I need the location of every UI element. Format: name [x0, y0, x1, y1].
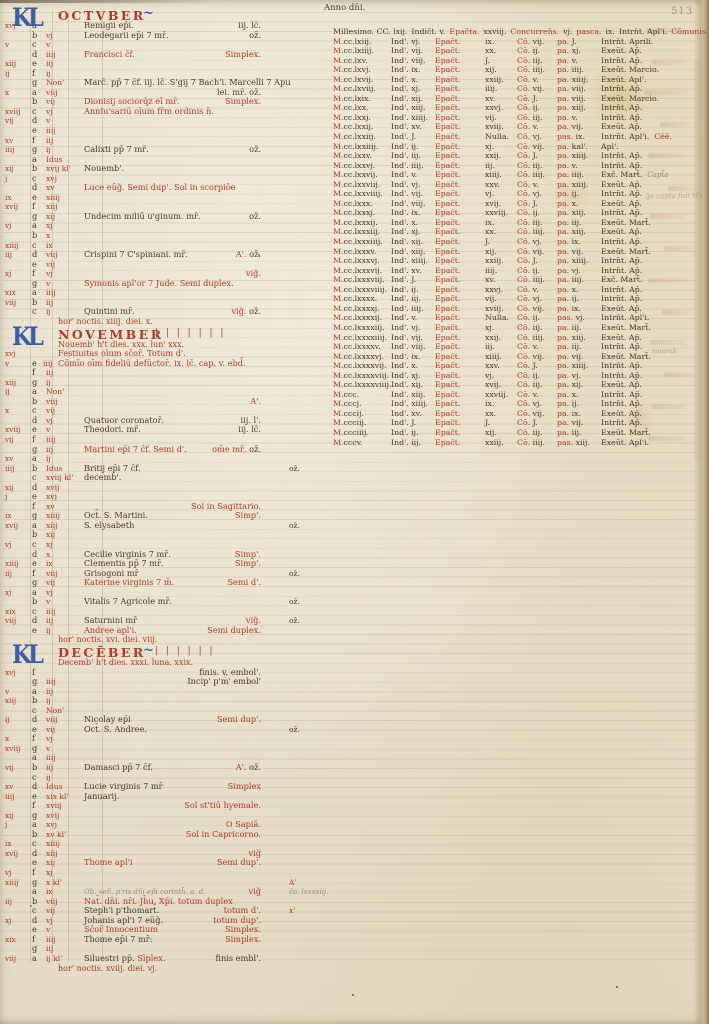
feast-text: Crispini 7 C'spiniani. mr̄.: [84, 249, 188, 259]
easter-month-cell: Intrn̄t. Ap̄.: [601, 151, 642, 161]
anno-row: M.cc.lxviij.Ind'. xj.Epac̄t.iiij.Cō. vij…: [333, 84, 699, 94]
easter-text: pa.: [557, 218, 569, 227]
easter-cell: pa. ij.: [557, 294, 601, 304]
year-cell: M.cc.lxxxiij.: [333, 227, 391, 237]
feast-entry: Cōmīo oīm fideliū defūctor̄. ix. lc̄. ca…: [58, 359, 246, 369]
year-text: cc.lxxxvij.: [343, 266, 382, 275]
indiction-cell: Ind'. x.: [391, 218, 435, 228]
year-text: cc.lxxxxj.: [343, 304, 379, 313]
margin-mark: [263, 839, 333, 849]
golden-number: x: [2, 734, 32, 744]
margin-mark: [263, 50, 333, 60]
concurrent-cell: Cō. iij.: [517, 113, 557, 123]
golden-number: [2, 550, 32, 560]
anno-row: M.cc.lxv.Ind'. viij.Epac̄t.J.Cō. iij.pa.…: [333, 56, 699, 66]
grade-text: oz̄.: [247, 762, 261, 772]
golden-number: [2, 530, 32, 540]
day-numeral: ij: [46, 454, 84, 464]
feast-entry: Thome apl'i: [84, 858, 133, 868]
liturgical-grade: A'.: [250, 397, 263, 407]
year-cell: M.cc.lxxxxj.: [333, 304, 391, 314]
epact-value: xxvj.: [475, 103, 517, 113]
easter-cell: pa. iij.: [557, 428, 601, 438]
day-numeral: vij: [46, 578, 84, 588]
concurrent-text: vij.: [530, 142, 544, 151]
easter-month-cell: Intrn̄t. Ap̄.: [601, 266, 642, 276]
concurrent-text: Cō.: [517, 84, 530, 93]
easter-text: pa.: [557, 247, 569, 256]
easter-text: kal'.: [569, 142, 588, 151]
easter-cell: pa. viij.: [557, 84, 601, 94]
easter-text: v.: [569, 113, 577, 122]
golden-number: [2, 801, 32, 811]
day-numeral: vj: [46, 31, 84, 41]
concurrent-text: iij.: [530, 113, 542, 122]
margin-mark-text: oz̄.: [289, 725, 300, 734]
indiction-text: Ind'. ix.: [391, 352, 421, 361]
calendar-day-row: xiijbij: [2, 696, 333, 706]
day-numeral: iij: [46, 298, 84, 308]
grade-text: oz̄.: [249, 144, 261, 154]
margin-mark: [263, 792, 333, 802]
margin-mark: oz̄.: [263, 597, 333, 607]
indiction-cell: Ind'. ix.: [391, 352, 435, 362]
anno-row: M.cc.lxxxx.Ind'. iij.Epac̄t.vij.Cō. vj.p…: [333, 294, 699, 304]
year-text: cc.lxxxxvij.: [343, 361, 386, 370]
year-cell: M.cc.lxxxxv.: [333, 342, 391, 352]
easter-text: pa.: [557, 46, 569, 55]
liturgical-grade: Sol in Capricorno.: [186, 830, 263, 840]
feast-text: Cōmīo oīm fideliū defūctor̄. ix. lc̄. ca…: [58, 358, 246, 368]
margin-mark: [263, 40, 333, 50]
year-text: M.: [333, 94, 343, 103]
year-cell: M.cc.lxxv.: [333, 151, 391, 161]
margin-mark: [263, 241, 333, 251]
margin-mark: [263, 830, 333, 840]
year-cell: M.cc.lxxiiij.: [333, 142, 391, 152]
margin-mark: [263, 212, 333, 222]
day-numeral: xiij: [46, 202, 84, 212]
margin-mark: oz̄.: [263, 521, 333, 531]
month-name: OCTVBER: [58, 8, 146, 23]
day-numeral: vij: [46, 260, 84, 270]
anno-row: M.cc.lxxxij.Ind'. x.Epac̄t.ix.Cō. iij.pa…: [333, 218, 699, 228]
epact-label: Epac̄t.: [435, 428, 475, 438]
liturgical-grade: oz̄.: [249, 31, 263, 41]
concurrent-cell: Cō. ij.: [517, 103, 557, 113]
year-cell: M.cc.lxxxvj.: [333, 256, 391, 266]
calendar-day-row: xiiijgx kl'A': [2, 878, 333, 888]
indiction-cell: Ind'. ij.: [391, 285, 435, 295]
day-numeral: v: [46, 425, 84, 435]
easter-text: xiij.: [573, 438, 590, 447]
day-numeral: ij: [46, 696, 84, 706]
feast-text: Calixti pp̄ 7 mr̄.: [84, 144, 149, 154]
year-text: cc.lxxxxviij.: [343, 371, 389, 380]
easter-cell: pa. iij.: [557, 323, 601, 333]
calendar-day-row: bxv kl'Sol in Capricorno.: [2, 830, 333, 840]
easter-month-cell: Intrn̄t. Ap̄.: [601, 113, 642, 123]
feast-entry: Damasci pp̄ 7 c̄f.: [84, 763, 153, 773]
golden-number: xiiij: [2, 241, 32, 251]
day-numeral: xj: [46, 868, 84, 878]
day-numeral: ij: [46, 69, 84, 79]
day-numeral: xj: [46, 221, 84, 231]
anno-row: M.cc.lxxvij.Ind'. v.Epac̄t.xiiij.Cō. iii…: [333, 170, 699, 180]
easter-month-cell: Exeūt. Ap̄.: [601, 199, 642, 209]
easter-text: pa.: [557, 361, 569, 370]
margin-mark: [263, 626, 333, 636]
concurrent-text: Cō.: [517, 371, 530, 380]
easter-month-cell: Intrn̄t. Ap̄.: [601, 390, 642, 400]
calendar-day-row: bx: [2, 231, 333, 241]
calendar-day-row: dxCecilie virginis 7 mr̄.Simp'.: [2, 550, 333, 560]
year-text: M.: [333, 371, 343, 380]
golden-number: ij: [2, 715, 32, 725]
feast-entry: decemb'.: [84, 473, 121, 483]
calendar-day-row: aIdus: [2, 155, 333, 165]
liturgical-grade: finis embl'.: [216, 954, 263, 964]
easter-cell: pa. xiij.: [557, 103, 601, 113]
calendar-day-row: fiij: [2, 368, 333, 378]
easter-month-cell: Exeūt. Ap̄.: [601, 180, 642, 190]
calendar-day-row: eiiij: [2, 126, 333, 136]
feast-text: Oct̄. S. Andree.: [84, 724, 147, 734]
year-cell: M.cc.lxxxxvij.: [333, 361, 391, 371]
calendar-day-row: bvVitalis 7 Agricole mr̄.oz̄.: [2, 597, 333, 607]
golden-number: xviij: [2, 744, 32, 754]
year-text: M.: [333, 285, 343, 294]
year-cell: M.cc.lxxxxviiij.: [333, 380, 391, 390]
margin-mark: [263, 368, 333, 378]
concurrent-text: Cō.: [517, 161, 530, 170]
margin-mark: [263, 782, 333, 792]
anno-first-row-text: Cōmunis.: [671, 27, 708, 36]
concurrent-text: iiij.: [530, 275, 545, 284]
grade-text: finis. v. embol'.: [199, 667, 261, 677]
day-numeral: iij: [46, 616, 84, 626]
concurrent-cell: Cō. iij.: [517, 380, 557, 390]
year-text: cc.lxxj.: [343, 113, 370, 122]
concurrent-cell: Cō. ij.: [517, 208, 557, 218]
golden-number: [2, 260, 32, 270]
year-text: M.: [333, 247, 343, 256]
concurrent-cell: Cō. vj.: [517, 399, 557, 409]
year-text: cc.lxix.: [343, 94, 370, 103]
easter-text: xiij.: [569, 227, 586, 236]
parchment-page: 513 Anno dn̄i. Millesimo. CC. lxij.Indic…: [0, 0, 709, 1024]
anno-row: M.cc.lxix.Ind'. xij.Epac̄t.xv.Cō. J.pa. …: [333, 94, 699, 104]
concurrent-cell: Cō. ij.: [517, 266, 557, 276]
anno-row: M.cc.lxxxxviiij.Ind'. xij.Epac̄t.xvij.Cō…: [333, 380, 699, 390]
calendar-day-row: xvdIdusLucie virginis 7 mr̄Simplex: [2, 782, 333, 792]
easter-cell: pa. vij.: [557, 352, 601, 362]
easter-text: pa.: [557, 170, 569, 179]
epact-label: Epac̄t.: [435, 371, 475, 381]
indiction-text: Ind'. ix.: [391, 208, 421, 217]
grade-text: oz̄.: [247, 306, 261, 316]
indiction-cell: Ind'. xij.: [391, 94, 435, 104]
easter-cell: pas. xiij.: [557, 438, 601, 448]
concurrent-cell: Cō. J.: [517, 94, 557, 104]
margin-mark: [263, 145, 333, 155]
easter-cell: pa. iiij.: [557, 275, 601, 285]
year-cell: M.cc.lxvj.: [333, 65, 391, 75]
margin-mark: [263, 193, 333, 203]
easter-text: iij.: [569, 323, 581, 332]
easter-cell: pa. iiij.: [557, 170, 601, 180]
epact-value: xvij.: [475, 380, 517, 390]
feast-text: Thome apl'i: [84, 857, 133, 867]
day-numeral: xvij kl': [46, 164, 84, 174]
day-numeral: ix: [46, 241, 84, 251]
margin-mark: [263, 868, 333, 878]
feast-entry: Undecim miliū u'ginum. mr̄.: [84, 212, 201, 222]
epact-value: ix.: [475, 37, 517, 47]
indiction-text: Ind'. iiij.: [391, 161, 424, 170]
day-numeral: xv kl': [46, 830, 84, 840]
anno-row: M.cc.lxiij.Ind'. vj.Epac̄t.ix.Cō. vij.pa…: [333, 37, 699, 47]
day-numeral: viij: [46, 88, 84, 98]
concurrent-cell: Cō. vij.: [517, 142, 557, 152]
grade-text: vig̃.: [246, 615, 261, 625]
anno-row: M.cc.lxxxxvij.Ind'. x.Epac̄t.xxv.Cō. J.p…: [333, 361, 699, 371]
day-numeral: viij: [46, 397, 84, 407]
day-numeral: vij: [46, 725, 84, 735]
year-text: cc.lxxviiij.: [343, 189, 382, 198]
epact-label: Epac̄t.: [435, 256, 475, 266]
calendar-day-row: iiijbIdusBritij ep̄i 7 c̄f.oz̄.: [2, 464, 333, 474]
margin-mark: [263, 578, 333, 588]
indiction-cell: Ind'. xj.: [391, 227, 435, 237]
dominical-letter: a: [32, 954, 46, 964]
easter-cell: pas. vj.: [557, 313, 601, 323]
epact-label: Epac̄t.: [435, 103, 475, 113]
day-numeral: xij: [46, 530, 84, 540]
calendar-day-row: vaiij: [2, 687, 333, 697]
concurrent-text: Cō.: [517, 390, 530, 399]
easter-text: iij.: [569, 428, 581, 437]
year-text: M.: [333, 361, 343, 370]
grade-text: Semi dup'.: [217, 714, 261, 724]
anno-first-row-text: Epac̄ta.: [449, 27, 479, 36]
margin-mark: [263, 925, 333, 935]
year-text: cccj.: [343, 399, 361, 408]
epact-value: J.: [475, 237, 517, 247]
concurrent-cell: Cō. vj.: [517, 294, 557, 304]
feast-entry: Leodegarii ep̄i 7 mr̄.: [84, 31, 169, 41]
row-annotation-text: Cēē.: [654, 132, 672, 141]
epact-value: xxiij.: [475, 256, 517, 266]
indiction-cell: Ind'. vj.: [391, 37, 435, 47]
margin-mark: [263, 916, 333, 926]
golden-number: [2, 626, 32, 636]
indiction-text: Ind'. viij.: [391, 56, 425, 65]
golden-number: vj: [2, 540, 32, 550]
day-numeral: xvj: [46, 820, 84, 830]
easter-cell: pa. ix.: [557, 409, 601, 419]
easter-text: pa.: [557, 161, 569, 170]
indiction-cell: Ind'. J.: [391, 275, 435, 285]
concurrent-text: Cō.: [517, 103, 530, 112]
margin-mark: [263, 97, 333, 107]
margin-mark: [263, 349, 333, 359]
year-text: M.: [333, 189, 343, 198]
concurrent-cell: Cō. J.: [517, 256, 557, 266]
indiction-text: Ind'. xiij.: [391, 103, 425, 112]
calendar-day-row: exijThome apl'iSemi dup'.: [2, 858, 333, 868]
concurrent-cell: Cō. vj.: [517, 132, 557, 142]
concurrent-text: Cō.: [517, 218, 530, 227]
indiction-cell: Ind'. xv.: [391, 409, 435, 419]
indiction-cell: Ind'. viij.: [391, 56, 435, 66]
indiction-cell: Ind'. xj.: [391, 371, 435, 381]
margin-mark: [263, 820, 333, 830]
margin-mark: [263, 454, 333, 464]
easter-text: ij.: [569, 189, 579, 198]
easter-text: viij.: [569, 94, 586, 103]
indiction-text: Ind'. vj.: [391, 180, 421, 189]
day-numeral: v: [46, 597, 84, 607]
day-numeral: xiiij: [46, 839, 84, 849]
margin-mark: [263, 174, 333, 184]
year-text: M.: [333, 113, 343, 122]
grade-text: iij. lc̄.: [238, 424, 261, 434]
calendar-day-row: ixgxiiijOct̄. S. Martini.Simp'.: [2, 511, 333, 521]
margin-mark: [263, 483, 333, 493]
grade-text: vig̃.: [246, 268, 261, 278]
year-text: cc.lxxxiij.: [343, 227, 380, 236]
margin-mark: [263, 473, 333, 483]
day-numeral: xviij kl': [46, 473, 84, 483]
year-text: M.: [333, 409, 343, 418]
concurrent-cell: Cō. vij.: [517, 352, 557, 362]
golden-number: [2, 944, 32, 954]
easter-month-cell: Intrn̄t. Ap̄.: [601, 237, 642, 247]
golden-number: xj: [2, 269, 32, 279]
easter-text: iiij.: [569, 275, 584, 284]
month-heading: KLOCTVBER~: [2, 8, 333, 21]
calendar-day-row: xijdxvij: [2, 483, 333, 493]
feast-text: Saturnini mr̄: [84, 615, 137, 625]
margin-mark: [263, 502, 333, 512]
concurrent-text: Cō.: [517, 313, 530, 322]
easter-month-cell: Exeūt. Ap̄.: [601, 46, 642, 56]
indiction-cell: Ind'. xiij.: [391, 103, 435, 113]
indiction-text: Ind'. iiij.: [391, 304, 424, 313]
indiction-text: Ind'. xv.: [391, 409, 422, 418]
concurrent-text: ij.: [530, 371, 540, 380]
golden-number: viij: [2, 298, 32, 308]
concurrent-cell: Cō. iiij.: [517, 438, 557, 448]
calendar-day-row: aixOb. ven̄. p'ris dn̄i ep̄i corinth̄. a…: [2, 887, 333, 897]
concurrent-cell: Cō. J.: [517, 151, 557, 161]
day-numeral: iij: [46, 136, 84, 146]
year-cell: M.cccij.: [333, 409, 391, 419]
concurrent-text: vij.: [530, 84, 544, 93]
concurrent-text: v.: [530, 390, 538, 399]
epact-label: Epac̄t.: [435, 132, 475, 142]
golden-number: [2, 725, 32, 735]
golden-number: j: [2, 492, 32, 502]
concurrent-cell: Cō. iij.: [517, 161, 557, 171]
feast-entry: Thome ep̄i 7 mr̄:: [84, 935, 152, 945]
easter-text: vj.: [569, 371, 581, 380]
easter-text: pa.: [557, 189, 569, 198]
concurrent-cell: Cō. iiij.: [517, 227, 557, 237]
day-numeral: vj: [46, 107, 84, 117]
liturgical-grade: Semi dup'.: [217, 715, 263, 725]
ink-speck: [616, 986, 618, 988]
indiction-cell: Ind'. xj.: [391, 84, 435, 94]
year-cell: M.cc.lxxj.: [333, 113, 391, 123]
indiction-cell: Ind'. xiiij.: [391, 399, 435, 409]
calendar-day-row: xcvij: [2, 406, 333, 416]
easter-cell: pa. x.: [557, 285, 601, 295]
golden-number: xij: [2, 164, 32, 174]
day-numeral: ij: [46, 626, 84, 636]
golden-number: [2, 502, 32, 512]
concurrent-cell: Cō. v.: [517, 285, 557, 295]
feast-text: Undecim miliū u'ginum. mr̄.: [84, 211, 201, 221]
year-text: M.: [333, 428, 343, 437]
concurrent-text: v.: [530, 75, 538, 84]
year-cell: M.cc.lxxxij.: [333, 218, 391, 228]
year-text: M.: [333, 65, 343, 74]
easter-month-cell: Intrn̄t. Apl'i.: [601, 313, 649, 323]
concurrent-text: Cō.: [517, 151, 530, 160]
dominical-letter: c: [32, 307, 46, 317]
calendar-day-row: evijOct̄. S. Andree.oz̄.: [2, 725, 333, 735]
easter-text: pa.: [557, 84, 569, 93]
epact-value: xxij.: [475, 333, 517, 343]
margin-mark: [263, 164, 333, 174]
indiction-text: Ind'. viij.: [391, 199, 425, 208]
easter-text: ij.: [569, 399, 579, 408]
easter-cell: pa. ij.: [557, 189, 601, 199]
year-text: M.: [333, 304, 343, 313]
concurrent-text: Cō.: [517, 189, 530, 198]
margin-mark: [263, 116, 333, 126]
margin-mark-text: oz̄.: [289, 464, 300, 473]
indiction-cell: Ind'. ij.: [391, 142, 435, 152]
golden-number: xiij: [2, 378, 32, 388]
margin-mark: c̄o. lxxxviij.: [263, 887, 333, 897]
golden-number: iij: [2, 897, 32, 907]
indiction-cell: Ind'. vij.: [391, 189, 435, 199]
feast-entry: Crispini 7 C'spiniani. mr̄.: [84, 250, 188, 260]
easter-text: pa.: [557, 75, 569, 84]
indiction-cell: Ind'. J.: [391, 132, 435, 142]
margin-mark-text: A': [289, 878, 296, 887]
calendar-day-row: giiijIncip' p'm' embol': [2, 677, 333, 687]
easter-text: xiij.: [569, 333, 586, 342]
concurrent-text: ij.: [530, 208, 540, 217]
concurrent-text: iij.: [530, 56, 542, 65]
easter-text: vij.: [569, 418, 583, 427]
epact-value: xiiij.: [475, 170, 517, 180]
easter-month-cell: Exc̄. Mart̄.: [601, 170, 642, 180]
day-numeral: vij: [46, 406, 84, 416]
epact-label: Epac̄t.: [435, 237, 475, 247]
day-numeral: [46, 668, 84, 678]
year-text: cc.lxvj.: [343, 65, 370, 74]
indiction-text: Ind'. xv.: [391, 122, 422, 131]
calendar-day-row: fxviijSol st'tiū hyemale.: [2, 801, 333, 811]
easter-text: pa.: [557, 418, 569, 427]
year-text: cc.lxxvij.: [343, 170, 377, 179]
calendar-day-row: xvijdxiijvig̃: [2, 849, 333, 859]
